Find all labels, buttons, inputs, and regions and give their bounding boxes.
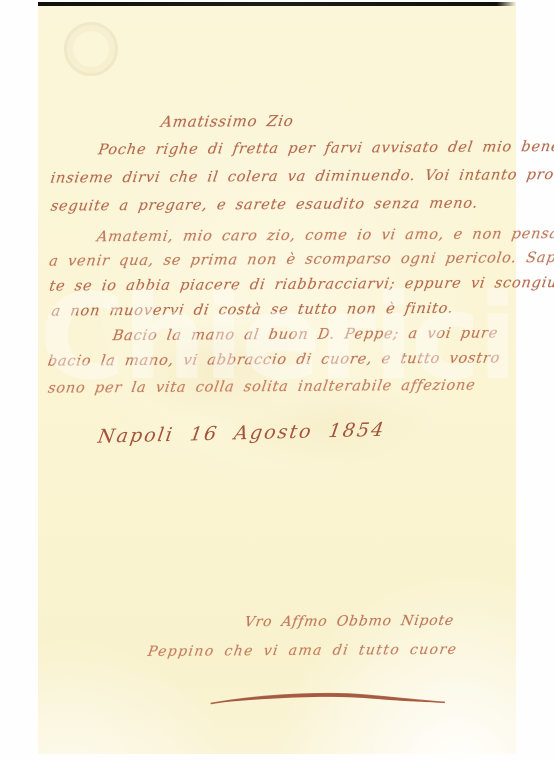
letter-line: seguite a pregare, e sarete esaudito sen… — [50, 196, 480, 215]
signature-line: Vro Affmo Obbmo Nipote — [243, 613, 455, 630]
letter-line: Bacio la mano al buon D. Peppe; a voi pu… — [111, 325, 499, 344]
letter-line: a venir qua, se prima non è scomparso og… — [48, 250, 554, 270]
letter-line: Poche righe di fretta per farvi avvisato… — [97, 139, 554, 159]
letter-scan: Amatissimo Zio Poche righe di fretta per… — [0, 0, 554, 760]
paper-sheet: Amatissimo Zio Poche righe di fretta per… — [38, 2, 516, 754]
salutation-line: Amatissimo Zio — [160, 112, 295, 131]
flourish-underline — [208, 689, 448, 711]
letter-line: a non muovervi di costà se tutto non è f… — [50, 301, 454, 320]
dateline: Napoli 16 Agosto 1854 — [96, 419, 387, 448]
signature-line: Peppino che vi ama di tutto cuore — [147, 642, 459, 660]
handwritten-text: Amatissimo Zio Poche righe di fretta per… — [35, 0, 518, 755]
letter-line: Amatemi, mio caro zio, come io vi amo, e… — [96, 226, 554, 245]
letter-line: bacio la mano, vi abbraccio di cuore, e … — [47, 350, 502, 369]
letter-line: te se io abbia piacere di riabbracciarvi… — [48, 275, 554, 295]
letter-line: sono per la vita colla solita inalterabi… — [47, 378, 477, 397]
letter-line: insieme dirvi che il colera va diminuend… — [49, 167, 554, 187]
